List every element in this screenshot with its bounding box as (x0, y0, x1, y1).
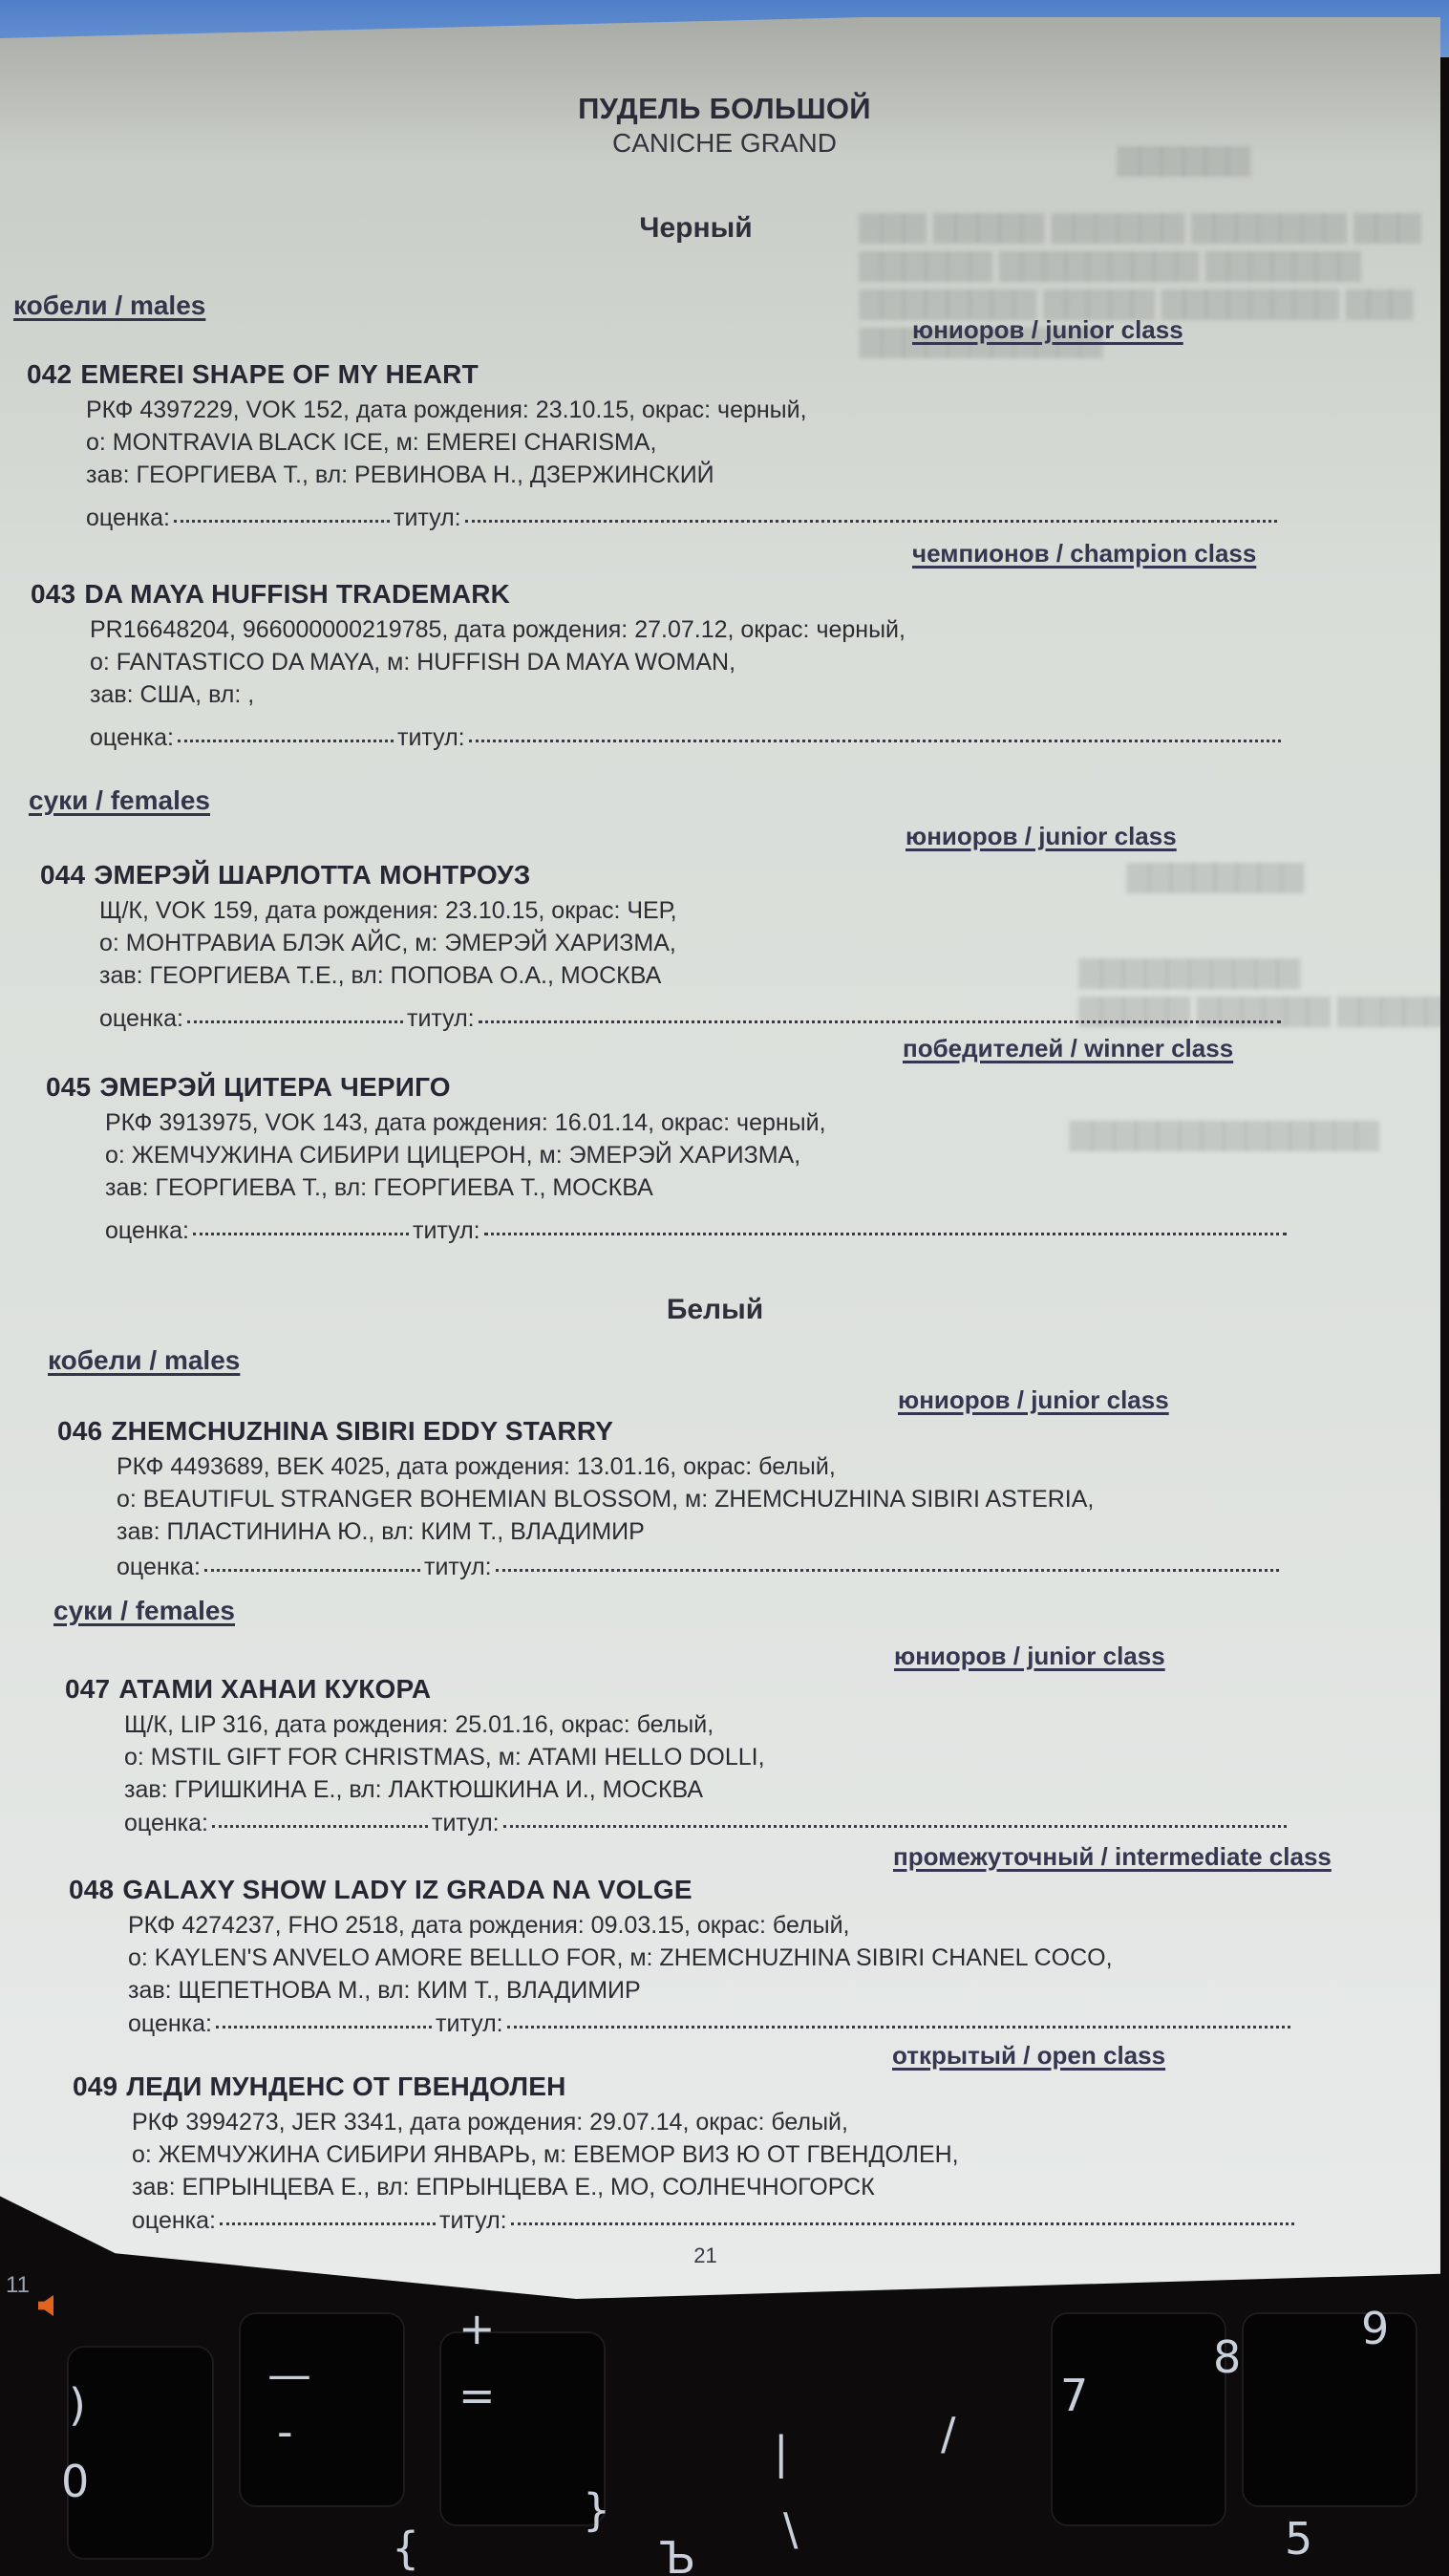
title-label: титул: (413, 1217, 480, 1245)
entry-number: 048 (69, 1875, 114, 1904)
entry-details: РКФ 3913975, VOK 143, дата рождения: 16.… (105, 1106, 1290, 1245)
score-row: оценка: титул: (132, 2207, 1298, 2235)
entry-number: 043 (31, 579, 75, 609)
score-label: оценка: (124, 1810, 208, 1837)
class-heading: чемпионов / champion class (912, 539, 1256, 569)
breeder-owner-line: зав: США, вл: , (90, 678, 1285, 711)
entry-details: Щ/К, LIP 316, дата рождения: 25.01.16, о… (124, 1708, 1290, 1837)
catalog-entry: 045ЭМЕРЭЙ ЦИТЕРА ЧЕРИГО РКФ 3913975, VOK… (46, 1072, 1290, 1245)
title-label: титул: (432, 1810, 500, 1837)
keyboard-key-label: / (941, 2408, 956, 2459)
dog-name: ЭМЕРЭЙ ШАРЛОТТА МОНТРОУЗ (94, 860, 530, 890)
score-label: оценка: (90, 724, 174, 752)
catalog-entry: 042EMEREI SHAPE OF MY HEART РКФ 4397229,… (27, 359, 1281, 532)
keyboard-fn-label: 11 (6, 2272, 30, 2299)
parents-line: о: МОНТРАВИА БЛЭК АЙС, м: ЭМЕРЭЙ ХАРИЗМА… (99, 927, 1285, 959)
entry-title: 045ЭМЕРЭЙ ЦИТЕРА ЧЕРИГО (46, 1072, 1290, 1103)
registration-line: РКФ 4274237, FHO 2518, дата рождения: 09… (128, 1909, 1294, 1942)
speaker-icon (38, 2295, 53, 2316)
score-row: оценка: титул: (99, 1005, 1285, 1033)
entry-details: PR16648204, 966000000219785, дата рожден… (90, 613, 1285, 752)
keyboard-key-label: } (583, 2484, 610, 2536)
entry-details: РКФ 4274237, FHO 2518, дата рождения: 09… (128, 1909, 1294, 2038)
entry-title: 049ЛЕДИ МУНДЕНС ОТ ГВЕНДОЛЕН (73, 2072, 1298, 2102)
keyboard-key (239, 2312, 405, 2507)
entry-details: РКФ 4397229, VOK 152, дата рождения: 23.… (86, 394, 1281, 532)
title-label: титул: (439, 2207, 507, 2235)
keyboard-key (439, 2331, 606, 2526)
breeder-owner-line: зав: ПЛАСТИНИНА Ю., вл: КИМ Т., ВЛАДИМИР (117, 1515, 1283, 1548)
entry-details: РКФ 3994273, JER 3341, дата рождения: 29… (132, 2106, 1298, 2235)
score-field[interactable] (187, 1020, 403, 1023)
catalog-entry: 046ZHEMCHUZHINA SIBIRI EDDY STARRY РКФ 4… (57, 1416, 1283, 1581)
keyboard-key (67, 2346, 214, 2560)
keyboard-key-label: { (392, 2522, 419, 2574)
score-field[interactable] (216, 2026, 432, 2029)
entry-number: 045 (46, 1072, 91, 1102)
score-row: оценка: титул: (105, 1217, 1290, 1245)
sex-heading: кобели / males (48, 1345, 240, 1376)
title-label: титул: (407, 1005, 475, 1033)
class-heading: победителей / winner class (903, 1034, 1233, 1063)
score-row: оценка: титул: (90, 724, 1285, 752)
keyboard-key-label: — (267, 2349, 311, 2400)
registration-line: Щ/К, LIP 316, дата рождения: 25.01.16, о… (124, 1708, 1290, 1741)
dog-name: ЭМЕРЭЙ ЦИТЕРА ЧЕРИГО (99, 1072, 450, 1102)
keyboard-key-label: | (774, 2427, 789, 2479)
score-field[interactable] (174, 520, 390, 523)
score-field[interactable] (212, 1825, 428, 1828)
registration-line: РКФ 4493689, BEK 4025, дата рождения: 13… (117, 1450, 1283, 1483)
color-heading: Черный (0, 212, 1420, 245)
keyboard-key-label: = (458, 2370, 496, 2421)
registration-line: Щ/К, VOK 159, дата рождения: 23.10.15, о… (99, 894, 1285, 927)
entry-title: 046ZHEMCHUZHINA SIBIRI EDDY STARRY (57, 1416, 1283, 1447)
keyboard-key-label: 8 (1213, 2331, 1241, 2383)
entry-title: 047АТАМИ ХАНАИ КУКОРА (65, 1674, 1290, 1705)
title-field[interactable] (465, 520, 1277, 523)
title-field[interactable] (496, 1569, 1279, 1572)
score-row: оценка: титул: (128, 2010, 1294, 2038)
entry-number: 044 (40, 860, 85, 890)
page-number: 21 (0, 2243, 1430, 2268)
dog-name: АТАМИ ХАНАИ КУКОРА (118, 1674, 431, 1704)
keyboard-key-label: 5 (1285, 2513, 1312, 2565)
breed-header: ПУДЕЛЬ БОЛЬШОЙ CANICHE GRAND (0, 92, 1449, 159)
score-label: оценка: (132, 2207, 216, 2235)
parents-line: о: BEAUTIFUL STRANGER BOHEMIAN BLOSSOM, … (117, 1483, 1283, 1515)
entry-title: 042EMEREI SHAPE OF MY HEART (27, 359, 1281, 390)
parents-line: о: ЖЕМЧУЖИНА СИБИРИ ЯНВАРЬ, м: ЕВЕМОР ВИ… (132, 2138, 1298, 2171)
breed-title-ru: ПУДЕЛЬ БОЛЬШОЙ (0, 92, 1449, 126)
sex-heading: суки / females (53, 1596, 235, 1626)
parents-line: о: MSTIL GIFT FOR CHRISTMAS, м: ATAMI HE… (124, 1741, 1290, 1773)
catalog-entry: 043DA MAYA HUFFISH TRADEMARK PR16648204,… (31, 579, 1285, 752)
entry-details: РКФ 4493689, BEK 4025, дата рождения: 13… (117, 1450, 1283, 1581)
breeder-owner-line: зав: ЩЕПЕТНОВА М., вл: КИМ Т., ВЛАДИМИР (128, 1974, 1294, 2007)
catalog-entry: 044ЭМЕРЭЙ ШАРЛОТТА МОНТРОУЗ Щ/К, VOK 159… (40, 860, 1285, 1033)
class-heading: юниоров / junior class (912, 315, 1183, 345)
score-field[interactable] (178, 740, 394, 742)
score-label: оценка: (105, 1217, 189, 1245)
parents-line: о: ЖЕМЧУЖИНА СИБИРИ ЦИЦЕРОН, м: ЭМЕРЭЙ Х… (105, 1139, 1290, 1171)
class-heading: юниоров / junior class (898, 1385, 1169, 1415)
parents-line: о: FANTASTICO DA MAYA, м: HUFFISH DA MAY… (90, 646, 1285, 678)
registration-line: РКФ 3994273, JER 3341, дата рождения: 29… (132, 2106, 1298, 2138)
score-label: оценка: (99, 1005, 183, 1033)
keyboard-key-label: 9 (1361, 2303, 1389, 2354)
dog-name: ZHEMCHUZHINA SIBIRI EDDY STARRY (111, 1416, 613, 1446)
dog-name: EMEREI SHAPE OF MY HEART (80, 359, 479, 389)
breeder-owner-line: зав: ГРИШКИНА Е., вл: ЛАКТЮШКИНА И., МОС… (124, 1773, 1290, 1806)
score-row: оценка: титул: (117, 1554, 1283, 1581)
title-label: титул: (397, 724, 465, 752)
score-label: оценка: (117, 1554, 201, 1581)
entry-title: 048GALAXY SHOW LADY IZ GRADA NA VOLGE (69, 1875, 1294, 1905)
parents-line: о: MONTRAVIA BLACK ICE, м: EMEREI CHARIS… (86, 426, 1281, 459)
keyboard-key-label: 0 (61, 2456, 89, 2507)
class-heading: открытый / open class (892, 2041, 1165, 2071)
parents-line: о: KAYLEN'S ANVELO AMORE BELLLO FOR, м: … (128, 1942, 1294, 1974)
entry-title: 043DA MAYA HUFFISH TRADEMARK (31, 579, 1285, 610)
breeder-owner-line: зав: ГЕОРГИЕВА Т., вл: ГЕОРГИЕВА Т., МОС… (105, 1171, 1290, 1204)
keyboard-key-label: Ъ (659, 2532, 695, 2576)
title-field[interactable] (511, 2222, 1294, 2225)
entry-number: 047 (65, 1674, 110, 1704)
entry-details: Щ/К, VOK 159, дата рождения: 23.10.15, о… (99, 894, 1285, 1033)
keyboard-key-label: \ (783, 2503, 799, 2555)
score-field[interactable] (220, 2222, 436, 2225)
entry-number: 046 (57, 1416, 102, 1446)
breeder-owner-line: зав: ГЕОРГИЕВА Т.Е., вл: ПОПОВА О.А., МО… (99, 959, 1285, 992)
title-label: титул: (394, 504, 461, 532)
score-label: оценка: (128, 2010, 212, 2038)
registration-line: PR16648204, 966000000219785, дата рожден… (90, 613, 1285, 646)
dog-name: DA MAYA HUFFISH TRADEMARK (84, 579, 510, 609)
score-label: оценка: (86, 504, 170, 532)
sex-heading: суки / females (29, 785, 210, 816)
class-heading: юниоров / junior class (894, 1642, 1165, 1671)
registration-line: РКФ 3913975, VOK 143, дата рождения: 16.… (105, 1106, 1290, 1139)
title-field[interactable] (479, 1020, 1281, 1023)
title-field[interactable] (503, 1825, 1287, 1828)
entry-number: 049 (73, 2072, 117, 2101)
breeder-owner-line: зав: ГЕОРГИЕВА Т., вл: РЕВИНОВА Н., ДЗЕР… (86, 459, 1281, 491)
title-field[interactable] (469, 740, 1281, 742)
keyboard-key-label: - (277, 2406, 293, 2458)
color-heading: Белый (0, 1294, 1439, 1326)
keyboard-key-label: 7 (1060, 2370, 1088, 2421)
breeder-owner-line: зав: ЕПРЫНЦЕВА Е., вл: ЕПРЫНЦЕВА Е., МО,… (132, 2171, 1298, 2203)
keyboard-key (1242, 2312, 1417, 2507)
title-field[interactable] (484, 1233, 1287, 1235)
score-row: оценка: титул: (86, 504, 1281, 532)
score-field[interactable] (193, 1233, 409, 1235)
dog-name: ЛЕДИ МУНДЕНС ОТ ГВЕНДОЛЕН (126, 2072, 565, 2101)
registration-line: РКФ 4397229, VOK 152, дата рождения: 23.… (86, 394, 1281, 426)
keyboard-key-label: + (458, 2303, 496, 2354)
class-heading: юниоров / junior class (906, 822, 1177, 851)
class-heading: промежуточный / intermediate class (893, 1842, 1332, 1872)
catalog-entry: 048GALAXY SHOW LADY IZ GRADA NA VOLGE РК… (69, 1875, 1294, 2038)
catalog-entry: 047АТАМИ ХАНАИ КУКОРА Щ/К, LIP 316, дата… (65, 1674, 1290, 1837)
title-field[interactable] (507, 2026, 1290, 2029)
catalog-entry: 049ЛЕДИ МУНДЕНС ОТ ГВЕНДОЛЕН РКФ 3994273… (73, 2072, 1298, 2235)
title-label: титул: (424, 1554, 492, 1581)
entry-number: 042 (27, 359, 72, 389)
title-label: титул: (436, 2010, 503, 2038)
score-row: оценка: титул: (124, 1810, 1290, 1837)
dog-name: GALAXY SHOW LADY IZ GRADA NA VOLGE (122, 1875, 692, 1904)
sex-heading: кобели / males (13, 290, 205, 321)
breed-title-en: CANICHE GRAND (0, 128, 1449, 159)
entry-title: 044ЭМЕРЭЙ ШАРЛОТТА МОНТРОУЗ (40, 860, 1285, 891)
score-field[interactable] (204, 1569, 420, 1572)
keyboard-key-label: ) (69, 2379, 86, 2431)
